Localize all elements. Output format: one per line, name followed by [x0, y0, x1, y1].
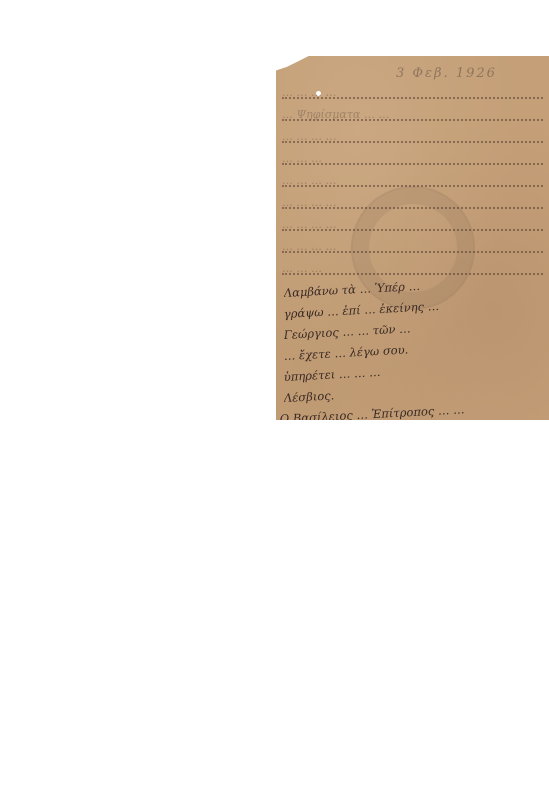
pencil-line: … Ψηφίσματα … … — [282, 108, 543, 130]
ink-text-block: Λαμβάνω τὰ … Ὑπέρ … γράψω … ἐπί … ἐκείνη… — [276, 286, 549, 433]
pencil-line: … … … … — [282, 174, 543, 196]
pencil-line: … … … … — [282, 86, 543, 108]
pencil-line: … … … … — [282, 130, 543, 152]
letter-scan: 3 Φεβ. 1926 … … … … … Ψηφίσματα … … … … … — [276, 56, 549, 420]
pencil-text-block: … … … … … Ψηφίσματα … … … … … … … … … … … — [276, 86, 549, 284]
pencil-line: … … … … — [282, 196, 543, 218]
pencil-line: … … … — [282, 152, 543, 174]
pencil-line: … … … … — [282, 240, 543, 262]
letter-date: 3 Φεβ. 1926 — [396, 66, 497, 81]
pencil-line: … … … … — [282, 218, 543, 240]
